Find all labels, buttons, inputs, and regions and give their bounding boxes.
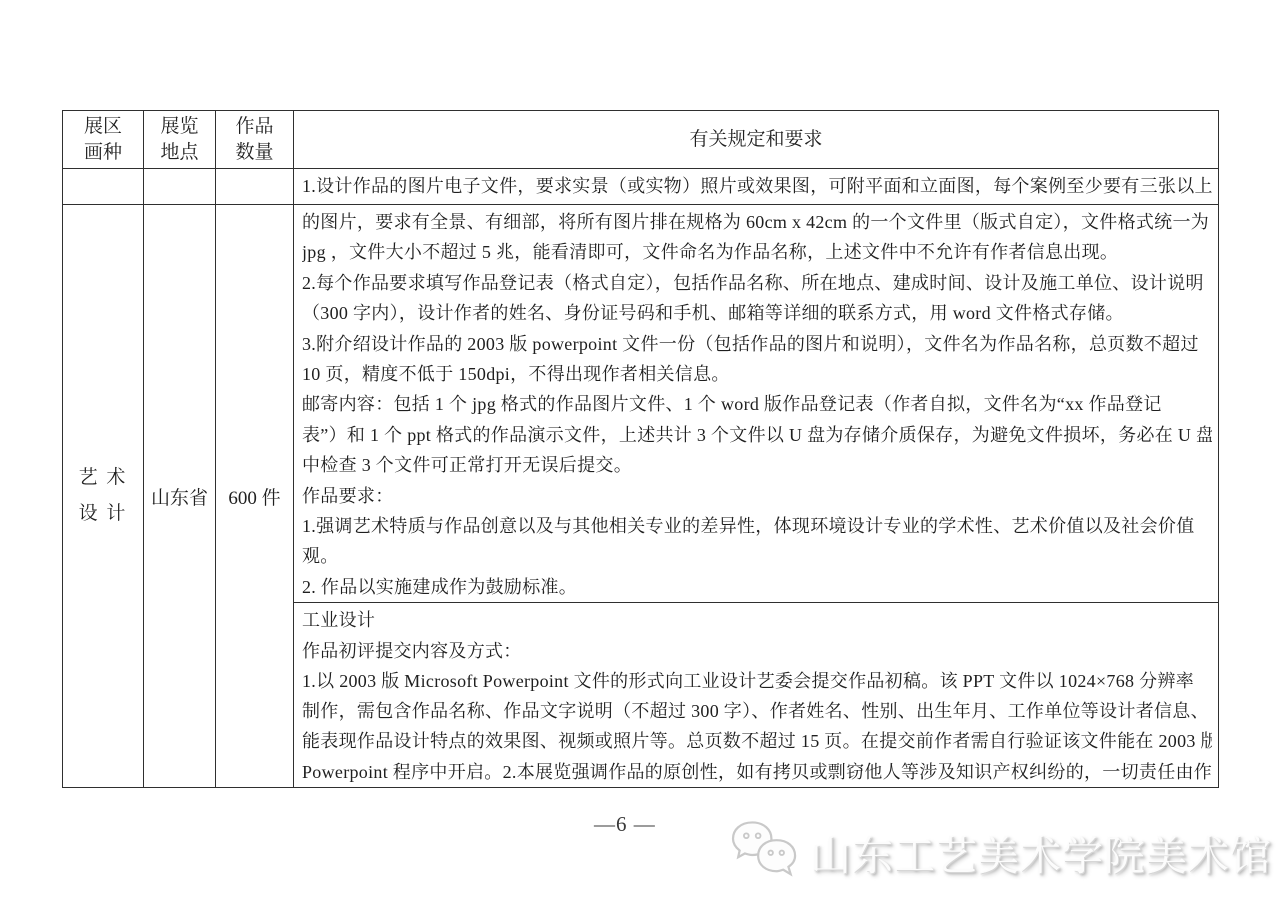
quantity-cell: 600 件 [216, 205, 294, 788]
header-work-quantity: 作品 数量 [216, 111, 294, 169]
requirement-line: 10 页，精度不低于 150dpi，不得出现作者相关信息。 [302, 359, 1212, 389]
industrial-design-cell: 工业设计 作品初评提交内容及方式： 1.以 2003 版 Microsoft P… [294, 603, 1219, 788]
category-line: 艺 术 [63, 460, 143, 496]
wechat-icon [730, 818, 804, 886]
requirement-line: 制作，需包含作品名称、作品文字说明（不超过 300 字）、作者姓名、性别、出生年… [302, 696, 1212, 726]
requirement-line: 1.设计作品的图片电子文件，要求实景（或实物）照片或效果图，可附平面和立面图，每… [294, 169, 1218, 204]
header-line: 数量 [216, 140, 293, 166]
header-line: 地点 [144, 140, 215, 166]
requirement-line: 表”）和 1 个 ppt 格式的作品演示文件，上述共计 3 个文件以 U 盘为存… [302, 420, 1212, 450]
continuation-row: 1.设计作品的图片电子文件，要求实景（或实物）照片或效果图，可附平面和立面图，每… [63, 169, 1219, 205]
category-cell: 艺 术 设 计 [63, 205, 144, 788]
requirement-line: 3.附介绍设计作品的 2003 版 powerpoint 文件一份（包括作品的图… [302, 329, 1212, 359]
requirement-line: 作品要求： [302, 481, 1212, 511]
requirement-line: Powerpoint 程序中开启。2.本展览强调作品的原创性，如有拷贝或剽窃他人… [302, 757, 1212, 787]
table-header-row: 展区 画种 展览 地点 作品 数量 有关规定和要求 [63, 111, 1219, 169]
header-line: 展览 [144, 114, 215, 140]
requirement-line: 作品初评提交内容及方式： [302, 636, 1212, 666]
art-design-requirements-cell: 的图片，要求有全景、有细部，将所有图片排在规格为 60cm x 42cm 的一个… [294, 205, 1219, 603]
header-line: 作品 [216, 114, 293, 140]
empty-cell [63, 169, 144, 205]
requirement-line: 能表现作品设计特点的效果图、视频或照片等。总页数不超过 15 页。在提交前作者需… [302, 726, 1212, 756]
header-exhibition-location: 展览 地点 [144, 111, 216, 169]
requirement-line: 邮寄内容：包括 1 个 jpg 格式的作品图片文件、1 个 word 版作品登记… [302, 389, 1212, 419]
requirement-line: 2. 作品以实施建成作为鼓励标准。 [302, 572, 1212, 602]
empty-cell [144, 169, 216, 205]
continuation-text-cell: 1.设计作品的图片电子文件，要求实景（或实物）照片或效果图，可附平面和立面图，每… [294, 169, 1219, 205]
header-line: 画种 [63, 140, 143, 166]
header-line: 展区 [63, 114, 143, 140]
requirement-line: （300 字内），设计作者的姓名、身份证号码和手机、邮箱等详细的联系方式，用 w… [302, 298, 1212, 328]
requirement-line: 的图片，要求有全景、有细部，将所有图片排在规格为 60cm x 42cm 的一个… [302, 207, 1212, 237]
watermark: 山东工艺美术学院美术馆 [730, 818, 1272, 886]
document-page: 展区 画种 展览 地点 作品 数量 有关规定和要求 1.设计作品的图片电子文件，… [0, 0, 1280, 904]
requirement-line: 观。 [302, 541, 1212, 571]
requirement-line: 中检查 3 个文件可正常打开无误后提交。 [302, 450, 1212, 480]
regulations-table: 展区 画种 展览 地点 作品 数量 有关规定和要求 1.设计作品的图片电子文件，… [62, 110, 1219, 788]
empty-cell [216, 169, 294, 205]
requirement-line: 2.每个作品要求填写作品登记表（格式自定），包括作品名称、所在地点、建成时间、设… [302, 268, 1212, 298]
category-line: 设 计 [63, 496, 143, 532]
watermark-text: 山东工艺美术学院美术馆 [810, 823, 1272, 882]
requirement-line: 1.以 2003 版 Microsoft Powerpoint 文件的形式向工业… [302, 666, 1212, 696]
location-cell: 山东省 [144, 205, 216, 788]
art-design-row: 艺 术 设 计 山东省 600 件 的图片，要求有全景、有细部，将所有图片排在规… [63, 205, 1219, 603]
requirement-line: jpg ，文件大小不超过 5 兆，能看清即可，文件命名为作品名称，上述文件中不允… [302, 237, 1212, 267]
requirement-line: 工业设计 [302, 605, 1212, 635]
header-exhibition-area: 展区 画种 [63, 111, 144, 169]
header-regulations: 有关规定和要求 [294, 111, 1219, 169]
page-number: —6 — [594, 812, 656, 837]
requirement-line: 1.强调艺术特质与作品创意以及与其他相关专业的差异性，体现环境设计专业的学术性、… [302, 511, 1212, 541]
